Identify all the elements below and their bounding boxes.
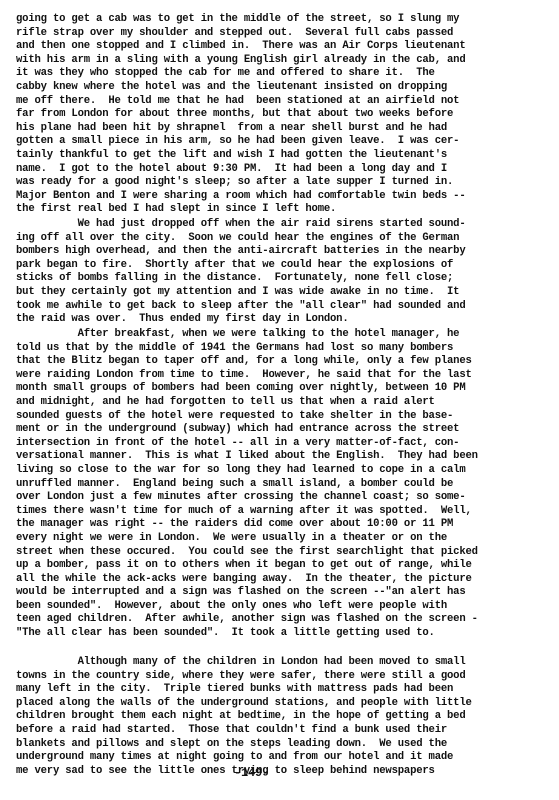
text-line: Major Benton and I were sharing a room w… xyxy=(16,190,556,204)
text-line: tainly thankful to get the lift and wish… xyxy=(16,149,556,163)
text-line: far from London for about three months, … xyxy=(16,108,556,122)
text-line: told us that by the middle of 1941 the G… xyxy=(16,342,556,356)
text-line: street when these occured. You could see… xyxy=(16,546,556,560)
text-line: took me awhile to get back to sleep afte… xyxy=(16,300,556,314)
text-line: month small groups of bombers had been c… xyxy=(16,382,556,396)
text-line: bombers high overhead, and then the anti… xyxy=(16,245,556,259)
text-line: cabby knew where the hotel was and the l… xyxy=(16,81,556,95)
text-line: was ready for a good night's sleep; so a… xyxy=(16,176,556,190)
text-line: "The all clear has been sounded". It too… xyxy=(16,627,556,641)
text-line: We had just dropped off when the air rai… xyxy=(16,218,556,232)
text-line: and then one stopped and I climbed in. T… xyxy=(16,40,556,54)
typewritten-page: going to get a cab was to get in the mid… xyxy=(0,0,559,800)
text-line: teen aged children. After awhile, anothe… xyxy=(16,613,556,627)
text-line: times there wasn't time for much of a wa… xyxy=(16,505,556,519)
text-line: it was they who stopped the cab for me a… xyxy=(16,67,556,81)
text-line: sounded guests of the hotel were request… xyxy=(16,410,556,424)
text-line: the raid was over. Thus ended my first d… xyxy=(16,313,556,327)
text-line: ing off all over the city. Soon we could… xyxy=(16,232,556,246)
text-line: gotten a small piece in his arm, so he h… xyxy=(16,135,556,149)
text-line: were raiding London from time to time. H… xyxy=(16,369,556,383)
text-line: unruffled manner. England being such a s… xyxy=(16,478,556,492)
text-line: been sounded". However, about the only o… xyxy=(16,600,556,614)
page-number: -149- xyxy=(234,766,294,780)
text-line: going to get a cab was to get in the mid… xyxy=(16,13,556,27)
text-line: underground many times at night going to… xyxy=(16,751,556,765)
text-line: over London just a few minutes after cro… xyxy=(16,491,556,505)
text-line: the first real bed I had slept in since … xyxy=(16,203,556,217)
text-line: rifle strap over my shoulder and stepped… xyxy=(16,27,556,41)
text-line: intersection in front of the hotel -- al… xyxy=(16,437,556,451)
text-line: before a raid had started. Those that co… xyxy=(16,724,556,738)
text-line: me off there. He told me that he had bee… xyxy=(16,95,556,109)
text-line: many left in the city. Triple tiered bun… xyxy=(16,683,556,697)
text-line: would be interrupted and a sign was flas… xyxy=(16,586,556,600)
paragraph-hotel-manager: After breakfast, when we were talking to… xyxy=(16,328,556,641)
text-line: with his arm in a sling with a young Eng… xyxy=(16,54,556,68)
text-line: ment or in the underground (subway) whic… xyxy=(16,423,556,437)
text-line: blankets and pillows and slept on the st… xyxy=(16,738,556,752)
text-line: living so close to the war for so long t… xyxy=(16,464,556,478)
text-line: every night we were in London. We were u… xyxy=(16,532,556,546)
paragraph-underground: Although many of the children in London … xyxy=(16,656,556,778)
text-line: that the Blitz began to taper off and, f… xyxy=(16,355,556,369)
text-line: Although many of the children in London … xyxy=(16,656,556,670)
text-line: After breakfast, when we were talking to… xyxy=(16,328,556,342)
text-line: versational manner. This is what I liked… xyxy=(16,450,556,464)
text-line: name. I got to the hotel about 9:30 PM. … xyxy=(16,163,556,177)
text-line: park began to fire. Shortly after that w… xyxy=(16,259,556,273)
text-line: sticks of bombs falling in the distance.… xyxy=(16,272,556,286)
paragraph-cab-ride: going to get a cab was to get in the mid… xyxy=(16,13,556,217)
text-line: but they certainly got my attention and … xyxy=(16,286,556,300)
text-line: and midnight, and he had forgotten to te… xyxy=(16,396,556,410)
text-line: the manager was right -- the raiders did… xyxy=(16,518,556,532)
text-line: placed along the walls of the undergroun… xyxy=(16,697,556,711)
text-line: all the while the ack-acks were banging … xyxy=(16,573,556,587)
paragraph-air-raid: We had just dropped off when the air rai… xyxy=(16,218,556,327)
text-line: children brought them each night at bedt… xyxy=(16,710,556,724)
text-line: up a bomber, pass it on to others when i… xyxy=(16,559,556,573)
text-line: towns in the country side, where they we… xyxy=(16,670,556,684)
text-line: his plane had been hit by shrapnel from … xyxy=(16,122,556,136)
